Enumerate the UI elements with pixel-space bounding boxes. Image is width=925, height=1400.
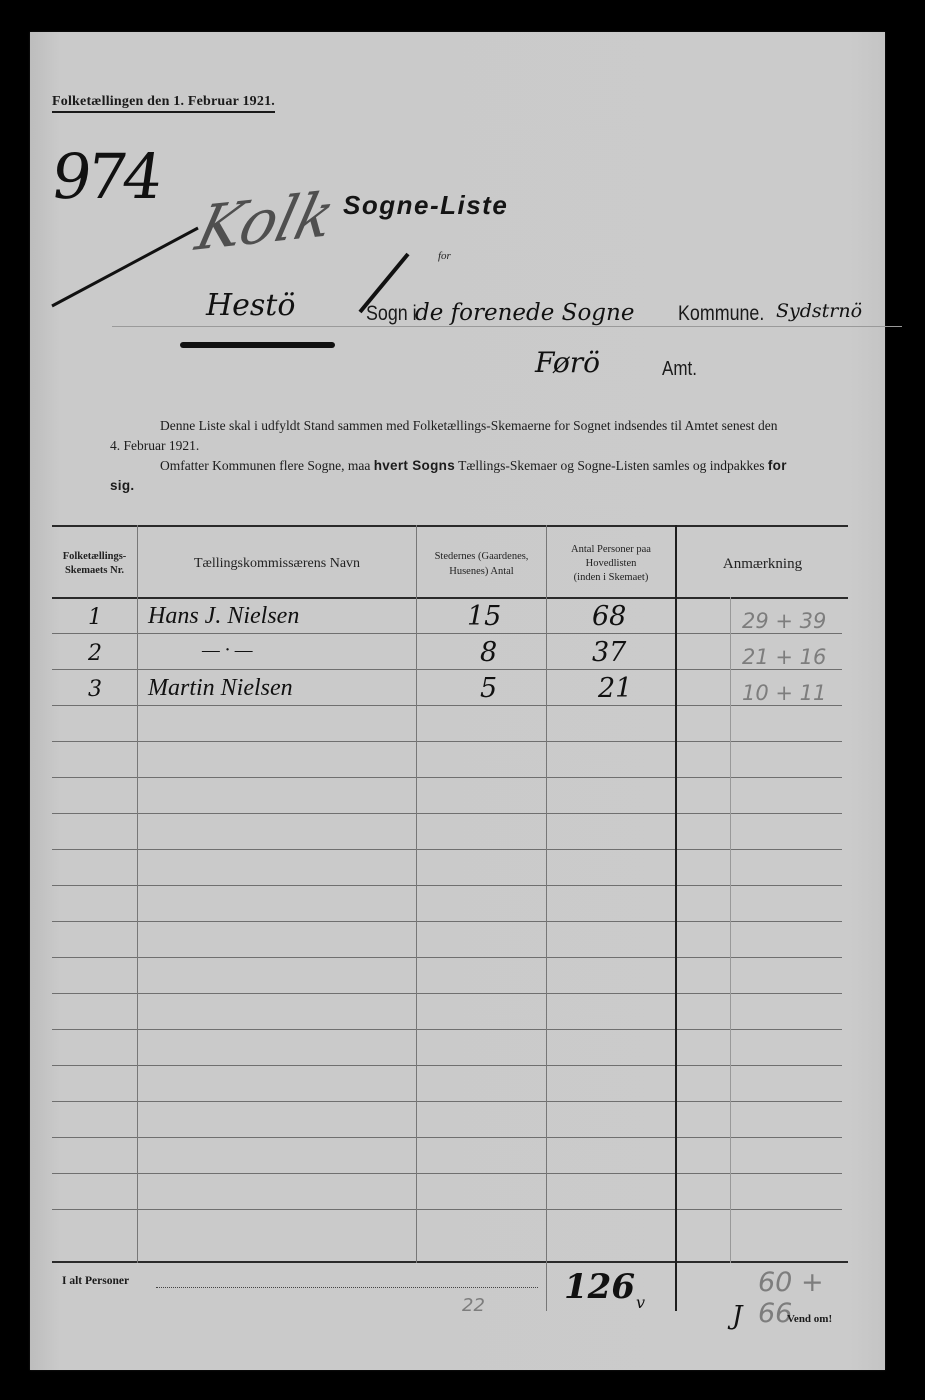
total-leader-dots [156, 1287, 538, 1288]
parish-name-handwritten: Hestö [206, 288, 295, 323]
row-3-steder: 5 [480, 673, 497, 704]
column-header-navn: Tællingskommissærens Navn [138, 531, 416, 597]
row-1-anmaerkning: 29 + 39 [742, 609, 826, 633]
column-header-personer: Antal Personer paa Hovedlisten (inden i … [547, 531, 675, 597]
row-2-personer: 37 [592, 637, 626, 668]
census-header: Folketællingen den 1. Februar 1921. [52, 94, 275, 113]
check-mark-bottom: J [732, 1301, 742, 1331]
kommune-label: Kommune. [678, 302, 764, 326]
column-header-steder: Stedernes (Gaardenes, Husenes) Antal [417, 531, 546, 597]
vend-om-label: Vend om! [787, 1313, 832, 1325]
census-form-sheet: Folketællingen den 1. Februar 1921. 974 … [30, 32, 885, 1370]
pencil-note-bottom: 22 [462, 1295, 485, 1316]
row-3-anmaerkning: 10 + 11 [742, 681, 826, 705]
for-label: for [438, 250, 451, 262]
handwritten-annotation-kolk: Kolk [189, 179, 341, 265]
row-1-nr: 1 [88, 605, 102, 630]
row-3-nr: 3 [88, 677, 102, 702]
instructions: Denne Liste skal i udfyldt Stand sammen … [110, 416, 790, 496]
row-1-steder: 15 [467, 601, 501, 632]
parish-list-table: Folketællings- Skemaets Nr. Tællingskomm… [52, 525, 848, 1325]
total-value: 126 [564, 1267, 635, 1307]
total-label: I alt Personer [62, 1275, 129, 1287]
table-header-rule [52, 597, 848, 599]
row-1-name: Hans J. Nielsen [148, 603, 299, 630]
sogn-i-label: Sogn i [366, 302, 417, 326]
table-top-rule [52, 525, 848, 527]
row-3-name: Martin Nielsen [148, 675, 293, 702]
row-2-steder: 8 [480, 637, 497, 668]
table-total-rule [52, 1261, 848, 1263]
instruction-paragraph-1: Denne Liste skal i udfyldt Stand sammen … [110, 416, 790, 456]
column-header-anmaerkning: Anmærkning [677, 531, 848, 597]
row-2-nr: 2 [88, 641, 102, 666]
emphasis-hvert-sogns: hvert Sogns [374, 458, 455, 473]
diagonal-stroke-icon [48, 222, 208, 312]
underline-stroke [180, 342, 335, 348]
column-header-skema-nr: Folketællings- Skemaets Nr. [52, 531, 137, 597]
kommune-suffix-handwritten: Sydstrnö [776, 300, 862, 322]
archive-number-handwritten: 974 [47, 140, 164, 213]
instruction-paragraph-2: Omfatter Kommunen flere Sogne, maa hvert… [110, 456, 790, 496]
amt-name-handwritten: Førö [535, 346, 600, 379]
table-bold-divider [675, 525, 677, 1311]
row-3-personer: 21 [598, 673, 632, 704]
row-1-personer: 68 [592, 601, 626, 632]
row-2-name-ditto: — · — [202, 639, 253, 662]
amt-label: Amt. [662, 358, 697, 381]
form-title: Sogne-Liste [343, 190, 508, 221]
total-check-mark: v [636, 1293, 645, 1312]
kommune-name-handwritten: de forenede Sogne [415, 300, 634, 326]
row-2-anmaerkning: 21 + 16 [742, 645, 826, 669]
parish-line [112, 326, 902, 327]
